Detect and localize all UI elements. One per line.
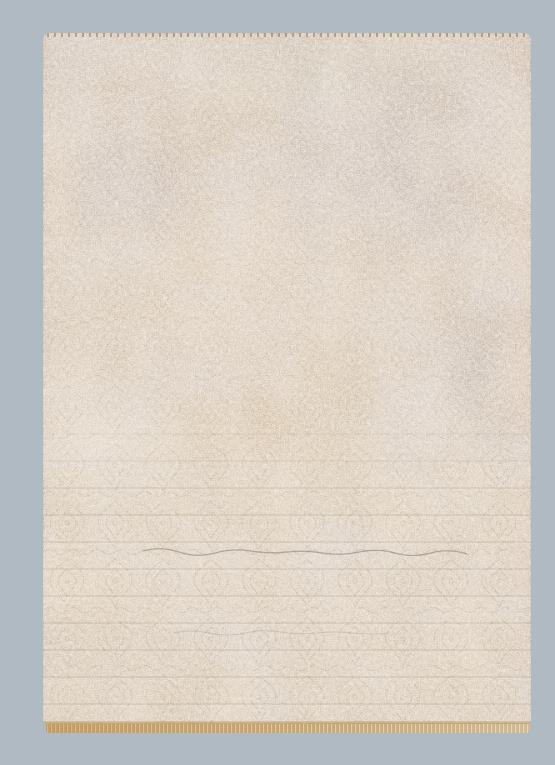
rug-bottom-banding — [43, 406, 531, 724]
rug-top-stitch-edge — [47, 33, 527, 37]
rug-product-photo — [0, 0, 555, 765]
rug — [43, 33, 531, 724]
rug-fringe — [46, 724, 530, 733]
